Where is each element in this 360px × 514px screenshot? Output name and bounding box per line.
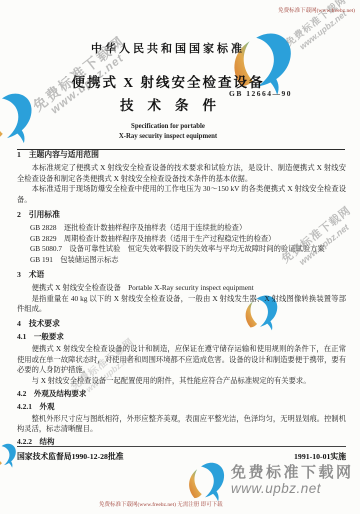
standard-title-cn: 便携式 X 射线安全检查设备	[0, 71, 336, 91]
paragraph: 与 X 射线安全检查设备一起配置使用的附件，其性能应符合产品标准规定的有关要求。	[17, 376, 346, 387]
up-logo-icon	[0, 442, 17, 468]
national-standard-label: 中华人民共和国国家标准	[0, 40, 336, 56]
reference-item: GB 5080.7 设备可靠性试验 恒定失效率假设下的失效率与平均无故障时间的验…	[17, 244, 346, 255]
paragraph: 本标准规定了便携式 X 射线安全检查设备的技术要求和试验方法，是设计、制造便携式…	[17, 163, 346, 185]
subsection-heading: 4.2.2 结构	[17, 437, 346, 446]
document-header: 中华人民共和国国家标准 便携式 X 射线安全检查设备 技术条件 Specific…	[0, 0, 360, 142]
paragraph: 本标准适用于现场防爆安全检查中使用的工作电压为 30～150 kV 的各类便携式…	[17, 184, 346, 206]
reference-item: GB 2828 逐批检查计数抽样程序及抽样表（适用于连续批的检查）	[17, 223, 346, 234]
download-site-note-bottom: 免费标准下载网(www.freebz.net) 无需注册 即可下载	[99, 500, 223, 508]
document-body: 1 主题内容与适用范围 本标准规定了便携式 X 射线安全检查设备的技术要求和试验…	[17, 146, 346, 446]
site-url: www.upbz.net	[231, 482, 354, 497]
term-definition: 便携式 X 射线安全检查设备 Portable X-Ray security i…	[17, 283, 346, 294]
subsection-heading: 4.1 一般要求	[17, 332, 346, 343]
site-logo-block: 免费标准下载网 www.upbz.net	[183, 460, 354, 502]
scanned-standard-page: 免费标准下载网 www.upbz.net 免费标准下载网 www.upbz.ne…	[0, 0, 360, 514]
implementation-date: 1991-10-01实施	[294, 451, 346, 462]
section-heading: 4 技术要求	[17, 319, 346, 330]
standard-title-en-line1: Specification for portable	[0, 122, 336, 132]
section-heading: 3 术语	[17, 270, 346, 281]
site-name: 免费标准下载网	[231, 465, 354, 482]
section-heading: 1 主题内容与适用范围	[17, 150, 346, 161]
paragraph: 便携式 X 射线安全检查设备的设计和制造，应保证在遵守储存运输和使用规则的条件下…	[17, 344, 346, 376]
paragraph: 整机外形尺寸应与图纸相符，外形应整齐美观，表面应平整光洁，色泽均匀，无明显划痕。…	[17, 414, 346, 436]
standard-title-en-line2: X-Ray security inspect equipment	[0, 132, 336, 142]
approval-date: 国家技术监督局1990-12-28批准	[17, 451, 124, 462]
download-site-note: 免费标准下载网(www.freebz.net)	[278, 6, 355, 14]
subsection-heading: 4.2 外观及结构要求	[17, 389, 346, 400]
standard-number: GB 12664—90	[229, 89, 292, 98]
paragraph: 是指重量在 40 kg 以下的 X 射线安全检查设备，一般由 X 射线发生器、X…	[17, 294, 346, 316]
reference-item: GB 191 包装储运图示标志	[17, 255, 346, 266]
section-heading: 2 引用标准	[17, 210, 346, 221]
approval-footer: 国家技术监督局1990-12-28批准 1991-10-01实施	[17, 446, 346, 462]
subsection-heading: 4.2.1 外观	[17, 402, 346, 413]
up-logo-icon	[183, 460, 227, 502]
reference-item: GB 2829 周期检查计数抽样程序及抽样表（适用于生产过程稳定性的检查）	[17, 234, 346, 245]
